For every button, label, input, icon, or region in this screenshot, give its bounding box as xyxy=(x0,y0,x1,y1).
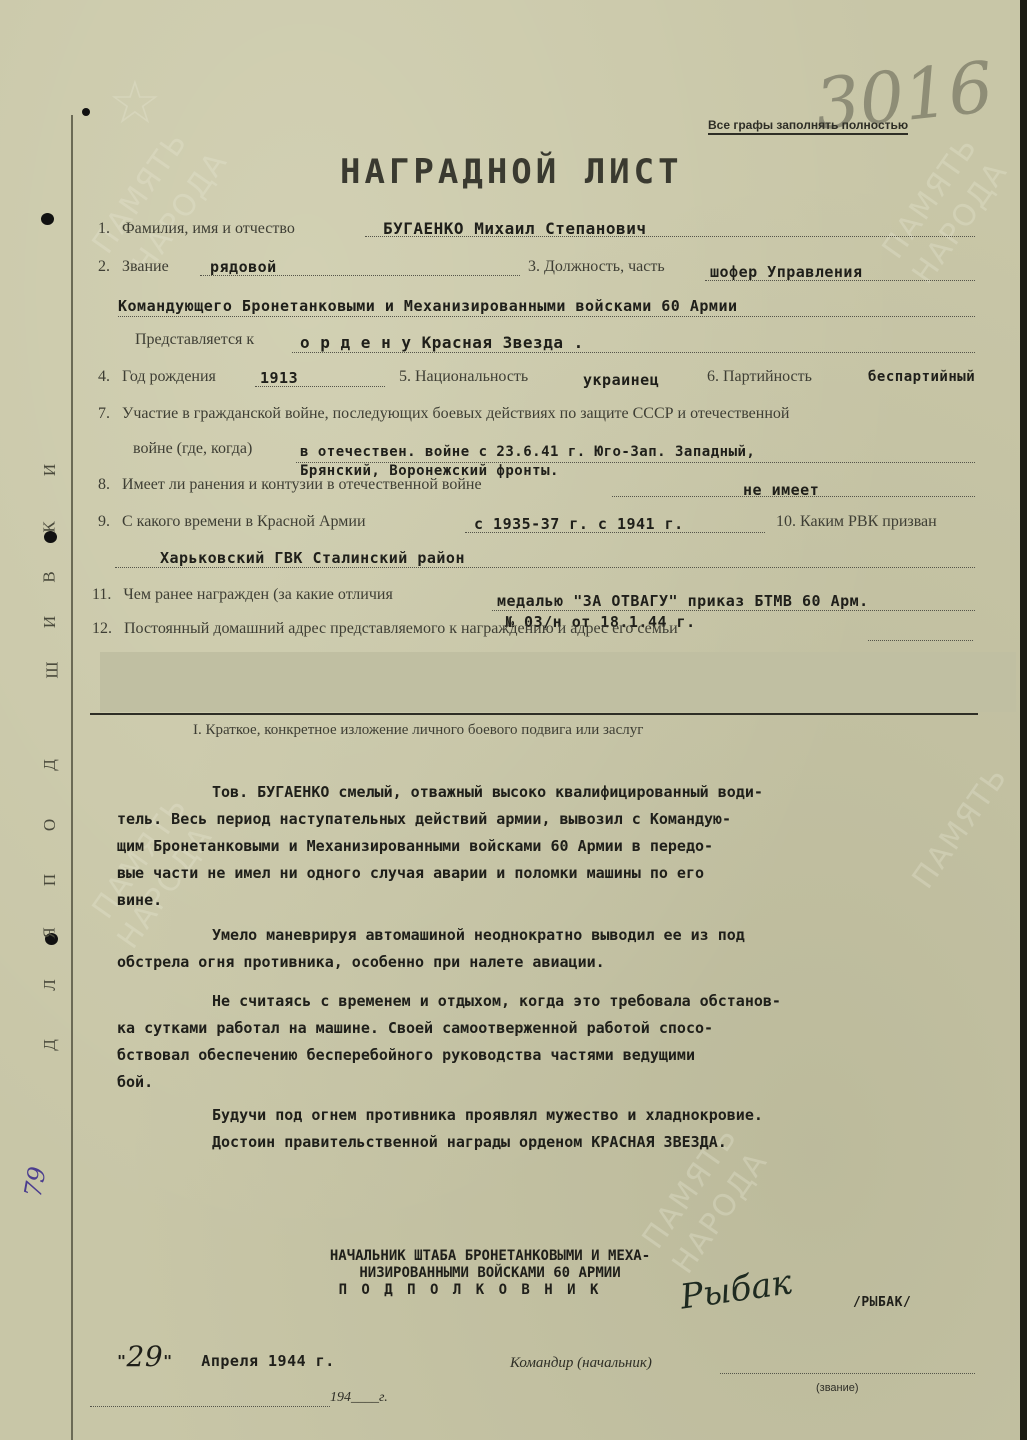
fill-line xyxy=(90,1406,330,1407)
narrative-line: бствовал обеспечению бесперебойного руко… xyxy=(117,1042,781,1069)
narrative-line: бой. xyxy=(117,1069,781,1096)
birth-year-value: 1913 xyxy=(260,369,298,387)
instruction-note: Все графы заполнять полностью xyxy=(708,118,908,135)
narrative-line: Тов. БУГАЕНКО смелый, отважный высоко кв… xyxy=(117,779,781,806)
redacted-address xyxy=(100,652,1016,712)
field-11-label: 11. Чем ранее награжден (за какие отличи… xyxy=(92,586,393,604)
field-5-label: 5. Национальность xyxy=(399,368,528,386)
margin-letter: Д xyxy=(40,1039,60,1051)
date-month-year: Апреля 1944 г. xyxy=(201,1352,334,1370)
field-7-label-continued: войне (где, когда) xyxy=(133,440,252,458)
field-6-label: 6. Партийность xyxy=(707,368,812,386)
presented-to-label: Представляется к xyxy=(135,331,254,349)
margin-letter: Л xyxy=(40,979,60,991)
position-value: шофер Управления xyxy=(710,263,863,281)
fill-line xyxy=(492,610,975,611)
rank-caption: (звание) xyxy=(816,1382,859,1394)
fill-line xyxy=(868,640,973,641)
army-since-value: с 1935-37 г. с 1941 г. xyxy=(474,515,684,533)
margin-letter: К xyxy=(40,521,60,532)
date-line: "29" Апреля 1944 г. xyxy=(117,1340,335,1373)
enlistment-office-value: Харьковский ГВК Сталинский район xyxy=(160,549,465,567)
signer-rank: П О Д П О Л К О В Н И К xyxy=(200,1282,740,1299)
narrative-line: обстрела огня противника, особенно при н… xyxy=(117,949,781,976)
nationality-value: украинец xyxy=(583,371,659,389)
narrative-line: Достоин правительственной награды ордено… xyxy=(117,1129,781,1156)
narrative-line: щим Бронетанковыми и Механизированными в… xyxy=(117,833,781,860)
war-participation-value: в отечествен. войне с 23.6.41 г. Юго-Зап… xyxy=(300,444,755,460)
margin-letter: Я xyxy=(40,927,60,938)
field-10-label: 10. Каким РВК призван xyxy=(776,513,937,531)
fill-line xyxy=(365,236,975,237)
handwritten-day: 29 xyxy=(127,1340,164,1373)
punch-hole xyxy=(41,213,54,225)
fill-line xyxy=(200,275,520,276)
narrative-line: вые части не имел ни одного случая авари… xyxy=(117,860,781,887)
previous-awards-value: медалью "ЗА ОТВАГУ" приказ БТМВ 60 Арм. xyxy=(497,592,869,610)
rank-value: рядовой xyxy=(210,258,277,276)
margin-letter: В xyxy=(40,571,60,582)
field-9-label: 9. С какого времени в Красной Армии xyxy=(98,513,366,531)
commander-label: Командир (начальник) xyxy=(510,1355,652,1372)
award-sheet: ИКВИШДОПЯЛД 79 ☆ ПАМЯТЬ НАРОДА ПАМЯТЬ НА… xyxy=(0,0,1020,1440)
fill-line xyxy=(115,567,975,568)
field-4-label: 4. Год рождения xyxy=(98,368,216,386)
position-value-continued: Командующего Бронетанковыми и Механизиро… xyxy=(118,297,738,315)
field-7-label: 7. Участие в гражданской войне, последую… xyxy=(98,405,789,423)
section-heading: I. Краткое, конкретное изложение личного… xyxy=(193,722,643,739)
margin-letter: И xyxy=(40,616,60,628)
fill-line xyxy=(118,316,975,317)
narrative-line: ка сутками работал на машине. Своей само… xyxy=(117,1015,781,1042)
fill-line xyxy=(255,386,385,387)
margin-letter: О xyxy=(40,819,60,831)
field-1-label: 1. Фамилия, имя и отчество xyxy=(98,220,295,238)
blank-date: 194____г. xyxy=(330,1390,388,1406)
field-3-label: 3. Должность, часть xyxy=(528,258,665,276)
narrative-line: Будучи под огнем противника проявлял муж… xyxy=(117,1102,781,1129)
narrative-line: Умело маневрируя автомашиной неоднократн… xyxy=(117,922,781,949)
award-value: о р д е н у Красная Звезда . xyxy=(300,333,584,352)
narrative-line: Не считаясь с временем и отдыхом, когда … xyxy=(117,988,781,1015)
fill-line xyxy=(292,352,975,353)
margin-letter: Д xyxy=(40,759,60,771)
watermark-text: ПАМЯТЬ xyxy=(906,760,1015,895)
narrative-line: тель. Весь период наступательных действи… xyxy=(117,806,781,833)
party-value: беспартийный xyxy=(868,369,975,385)
punch-hole xyxy=(82,108,90,116)
fill-line xyxy=(465,532,765,533)
narrative-line: вине. xyxy=(117,887,781,914)
handwritten-page-number: 79 xyxy=(19,1165,52,1200)
signer-name: /РЫБАК/ xyxy=(853,1295,911,1310)
section-divider xyxy=(90,713,978,715)
margin-letter: Ш xyxy=(43,661,63,678)
narrative-text: Тов. БУГАЕНКО смелый, отважный высоко кв… xyxy=(117,779,781,1156)
binding-margin-line xyxy=(71,115,73,1440)
signer-block: НАЧАЛЬНИК ШТАБА БРОНЕТАНКОВЫМИ И МЕХА- Н… xyxy=(240,1248,740,1299)
margin-letter: П xyxy=(40,874,60,886)
document-title: НАГРАДНОЙ ЛИСТ xyxy=(340,152,683,192)
fill-line xyxy=(720,1373,975,1374)
fill-line xyxy=(612,496,975,497)
star-icon: ☆ xyxy=(108,68,162,138)
punch-hole xyxy=(44,531,57,543)
field-8-label: 8. Имеет ли ранения и контузии в отечест… xyxy=(98,476,482,494)
field-2-label: 2. Звание xyxy=(98,258,169,276)
margin-letter: И xyxy=(40,464,60,476)
fill-line xyxy=(705,280,975,281)
field-12-label: 12. Постоянный домашний адрес представля… xyxy=(92,620,678,638)
signer-title-line1: НАЧАЛЬНИК ШТАБА БРОНЕТАНКОВЫМИ И МЕХА- xyxy=(240,1248,740,1265)
signer-title-line2: НИЗИРОВАННЫМИ ВОЙСКАМИ 60 АРМИИ xyxy=(240,1265,740,1282)
